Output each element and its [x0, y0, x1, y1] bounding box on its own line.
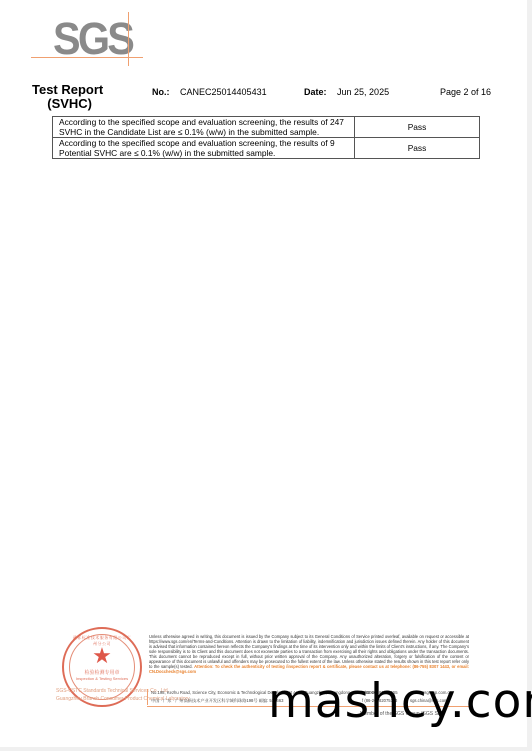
report-number-value: CANEC25014405431	[180, 87, 267, 97]
logo-crosshair-horizontal	[31, 57, 143, 58]
result-description-line: Potential SVHC are ≤ 0.1% (w/w) in the s…	[59, 148, 348, 158]
result-status: Pass	[355, 138, 480, 159]
legal-disclaimer: Unless otherwise agreed in writing, this…	[149, 634, 469, 674]
seal-center-en: Inspection & Testing Services	[64, 676, 140, 681]
seal-center-cn: 检验检测专用章	[64, 669, 140, 676]
report-date-value: Jun 25, 2025	[337, 87, 389, 97]
report-title-line2: (SVHC)	[32, 97, 103, 111]
result-description: According to the specified scope and eva…	[53, 117, 355, 138]
star-icon: ★	[64, 645, 140, 667]
logo-crosshair-vertical	[128, 12, 129, 66]
result-description-line: SVHC in the Candidate List are ≤ 0.1% (w…	[59, 127, 348, 137]
page-number: Page 2 of 16	[440, 87, 491, 97]
address-cn: 中国 · 广东 · 广州高新技术产业开发区科学城科珠路198号 邮编: 5106…	[151, 698, 283, 704]
results-table: According to the specified scope and eva…	[52, 116, 480, 159]
report-date-label: Date:	[304, 87, 327, 97]
report-number: No.: CANEC25014405431	[152, 87, 267, 97]
watermark: mashcy.com	[268, 677, 532, 727]
report-title: Test Report (SVHC)	[32, 83, 103, 111]
report-title-line1: Test Report	[32, 82, 103, 97]
authenticity-notice: Attention: To check the authenticity of …	[149, 664, 469, 674]
result-description-line: According to the specified scope and eva…	[59, 117, 348, 127]
report-date: Date: Jun 25, 2025	[304, 87, 389, 97]
table-row: According to the specified scope and eva…	[53, 138, 480, 159]
report-number-label: No.:	[152, 87, 170, 97]
result-status: Pass	[355, 117, 480, 138]
page-edge	[527, 0, 532, 751]
inspection-seal: 通标标准技术服务有限公司广州分公司 ★ 检验检测专用章 Inspection &…	[62, 627, 142, 707]
result-description: According to the specified scope and eva…	[53, 138, 355, 159]
sgs-logo: SGS	[30, 10, 150, 66]
result-description-line: According to the specified scope and eva…	[59, 138, 348, 148]
sgs-logo-text: SGS	[53, 16, 132, 61]
footer-divider	[147, 689, 148, 705]
page-edge	[0, 747, 532, 751]
table-row: According to the specified scope and eva…	[53, 117, 480, 138]
